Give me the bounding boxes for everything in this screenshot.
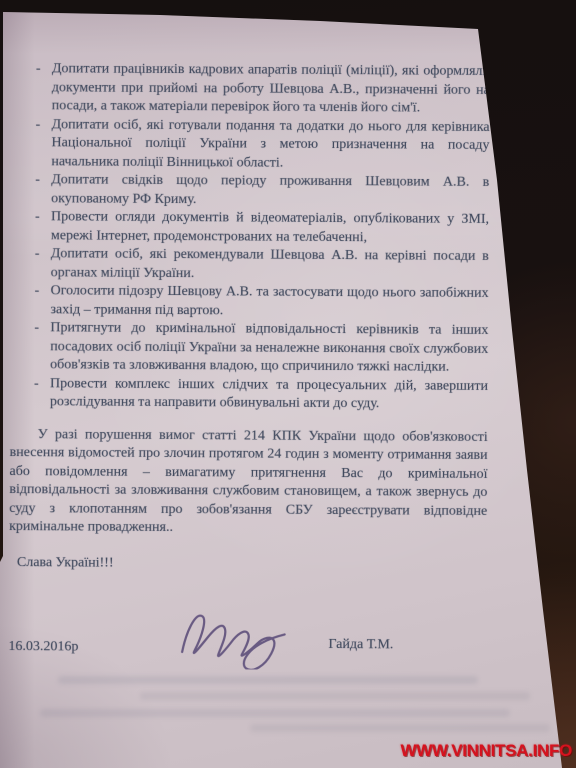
signer-name: Гайда Т.М. — [328, 636, 393, 655]
bullet-marker: - — [35, 208, 40, 227]
bullet-marker: - — [36, 60, 41, 79]
bullet-item: - Допитати свідків щодо періоду проживан… — [35, 171, 489, 211]
document-date: 16.03.2016р — [8, 638, 78, 657]
bleedthrough-text-line — [140, 692, 530, 700]
bullet-text: Оголосити підозру Шевцову А.В. та застос… — [50, 283, 488, 318]
bullet-text: Провести огляди документів й відеоматері… — [51, 209, 489, 244]
bullet-marker: - — [34, 375, 39, 394]
bullet-item: - Допитати працівників кадрових апаратів… — [36, 60, 490, 118]
bullet-text: Провести комплекс інших слідчих та проце… — [50, 376, 488, 412]
bullet-text: Допитати осіб, які готували подання та д… — [51, 117, 489, 170]
bleedthrough-text-line — [58, 676, 478, 684]
bullet-text: Допитати працівників кадрових апаратів п… — [52, 61, 490, 115]
bullet-item: - Допитати осіб, які рекомендували Шевцо… — [35, 245, 489, 285]
bullet-text: Допитати осіб, які рекомендували Шевцова… — [51, 246, 489, 280]
bullet-marker: - — [34, 319, 39, 338]
slogan: Слава Україні!!! — [9, 553, 487, 574]
bleedthrough-text-line — [40, 709, 510, 717]
bullet-marker: - — [36, 116, 41, 135]
bullet-marker: - — [35, 245, 40, 264]
closing-paragraph: У разі порушення вимог статті 214 КПК Ук… — [9, 425, 488, 539]
bullet-item: - Провести комплекс інших слідчих та про… — [34, 375, 488, 415]
bleedthrough-text-line — [250, 724, 550, 732]
signature-ink — [174, 605, 294, 670]
bullet-item: - Оголосити підозру Шевцову А.В. та заст… — [34, 282, 488, 322]
bullet-item: - Притягнути до кримінальної відповідаль… — [34, 319, 488, 377]
bullet-text: Допитати свідків щодо періоду проживання… — [51, 172, 489, 206]
bullet-text: Притягнути до кримінальної відповідально… — [50, 320, 488, 374]
site-watermark: WWW.VINNITSA.INFO — [401, 741, 573, 761]
document-photo: - Допитати працівників кадрових апаратів… — [0, 0, 576, 768]
bullet-marker: - — [35, 171, 40, 190]
bullet-marker: - — [35, 282, 40, 301]
bullet-item: - Провести огляди документів й відеомате… — [35, 208, 489, 248]
document-body: - Допитати працівників кадрових апаратів… — [9, 60, 490, 575]
bullet-item: - Допитати осіб, які готували подання та… — [35, 116, 489, 174]
